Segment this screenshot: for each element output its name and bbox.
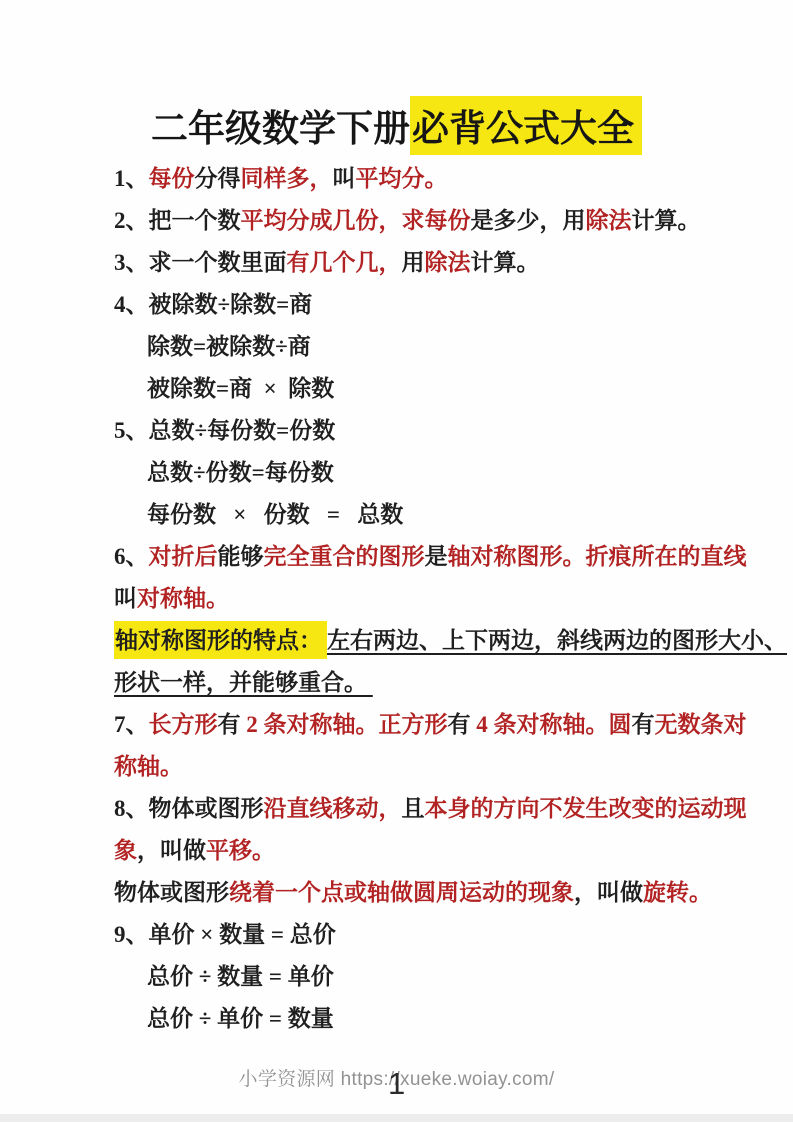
text-segment: 正方形 (379, 712, 448, 737)
text-line: 除数=被除数÷商 (114, 326, 734, 368)
text-line: 4、被除数÷除数=商 (114, 284, 734, 326)
text-segment: 有 (448, 712, 477, 737)
text-segment: 求一个数里面 (149, 250, 287, 275)
page-title: 二年级数学下册必背公式大全 (0, 96, 793, 155)
text-segment: 绕着一个点或轴做圆周运动的现象 (229, 880, 574, 905)
text-segment: 是多少，用 (471, 208, 586, 233)
text-segment: 。 (425, 166, 448, 191)
text-segment: 有几个几 (287, 250, 379, 275)
text-segment: 完全重合的图形 (264, 544, 425, 569)
text-segment: 2、 (114, 208, 149, 233)
text-segment: 平均分 (356, 166, 425, 191)
text-segment: 除法 (425, 250, 471, 275)
title-highlight: 必背公式大全 (410, 96, 642, 155)
underlined-text-segment: 左右两边、上下两边，斜线两边的图形大小、 (327, 628, 787, 653)
page-bottom-edge (0, 1114, 793, 1122)
text-segment: 物体或图形 (149, 796, 264, 821)
text-segment: 单价 × 数量 = 总价 (149, 922, 336, 947)
text-segment: 物体或图形 (114, 880, 229, 905)
page-number: 1 (388, 1066, 405, 1102)
text-line: 1、每份分得同样多，叫平均分。 (114, 158, 734, 200)
text-segment: 条对称轴。 (258, 712, 379, 737)
title-text: 二年级数学下册 (151, 109, 410, 150)
text-line: 8、物体或图形沿直线移动，且本身的方向不发生改变的运动现 (114, 788, 734, 830)
text-segment: 折痕所在的直线 (586, 544, 747, 569)
text-segment: 象 (114, 838, 137, 863)
text-segment: 3、 (114, 250, 149, 275)
text-segment: 用 (402, 250, 425, 275)
text-line: 总价 ÷ 数量 = 单价 (114, 956, 734, 998)
text-segment: 每份 (149, 166, 195, 191)
text-segment: 总数÷份数=每份数 (147, 460, 334, 485)
text-line: 物体或图形绕着一个点或轴做圆周运动的现象，叫做旋转。 (114, 872, 734, 914)
text-segment: 有 (632, 712, 655, 737)
text-segment: 且 (402, 796, 425, 821)
text-segment: 把一个数 (149, 208, 241, 233)
text-segment: 7、 (114, 712, 149, 737)
text-segment: ， (310, 166, 333, 191)
text-line: 每份数 × 份数 = 总数 (114, 494, 734, 536)
text-segment: 平均分成几份 (241, 208, 379, 233)
text-segment: 旋转 (643, 880, 689, 905)
text-segment: 求每份 (402, 208, 471, 233)
text-segment: ， (379, 208, 402, 233)
text-segment: 。 (252, 838, 275, 863)
text-segment: 计算。 (471, 250, 540, 275)
text-segment: 长方形 (149, 712, 218, 737)
text-line: 7、长方形有 2 条对称轴。正方形有 4 条对称轴。圆有无数条对 (114, 704, 734, 746)
text-segment: 轴对称图形 (448, 544, 563, 569)
text-segment: 9、 (114, 922, 149, 947)
text-segment: 除法 (586, 208, 632, 233)
text-segment: 叫 (333, 166, 356, 191)
text-segment: 8、 (114, 796, 149, 821)
text-segment: 6、 (114, 544, 149, 569)
text-segment: 条对称轴。 (488, 712, 609, 737)
text-segment: 是 (425, 544, 448, 569)
text-segment: 。 (563, 544, 586, 569)
text-line: 3、求一个数里面有几个几，用除法计算。 (114, 242, 734, 284)
text-segment: 1、 (114, 166, 149, 191)
text-segment: 4、 (114, 292, 149, 317)
text-line: 6、对折后能够完全重合的图形是轴对称图形。折痕所在的直线 (114, 536, 734, 578)
text-segment: 被除数=商 × 除数 (147, 376, 334, 401)
text-segment: 4 (476, 712, 488, 737)
text-line: 叫对称轴。 (114, 578, 734, 620)
text-segment: 圆 (609, 712, 632, 737)
document-page: 二年级数学下册必背公式大全 1、每份分得同样多，叫平均分。 2、把一个数平均分成… (0, 0, 793, 1122)
text-segment: 被除数÷除数=商 (149, 292, 313, 317)
text-segment: 总价 ÷ 单价 = 数量 (147, 1006, 334, 1031)
text-segment: 沿直线移动 (264, 796, 379, 821)
text-segment: ，叫做 (574, 880, 643, 905)
text-segment: 计算。 (632, 208, 701, 233)
text-segment: ， (379, 796, 402, 821)
text-line: 象，叫做平移。 (114, 830, 734, 872)
text-segment: 分得 (195, 166, 241, 191)
text-segment: 每份数 × 份数 = 总数 (147, 502, 403, 527)
text-segment: 平移 (206, 838, 252, 863)
text-segment: ， (379, 250, 402, 275)
highlighted-text-segment: 轴对称图形的特点： (114, 621, 327, 659)
text-line: 2、把一个数平均分成几份，求每份是多少，用除法计算。 (114, 200, 734, 242)
text-segment: 对称轴。 (137, 586, 229, 611)
text-segment: 总数÷每份数=份数 (149, 418, 336, 443)
text-segment: 有 (218, 712, 247, 737)
text-segment: ，叫做 (137, 838, 206, 863)
text-line: 被除数=商 × 除数 (114, 368, 734, 410)
text-segment: 无数条对 (655, 712, 747, 737)
text-segment: 总价 ÷ 数量 = 单价 (147, 964, 334, 989)
text-line: 形状一样，并能够重合。 (114, 662, 734, 704)
text-segment: 能够 (218, 544, 264, 569)
underlined-text-segment: 形状一样，并能够重合。 (114, 670, 373, 695)
text-line: 5、总数÷每份数=份数 (114, 410, 734, 452)
text-line: 称轴。 (114, 746, 734, 788)
text-segment: 除数=被除数÷商 (147, 334, 311, 359)
text-line: 轴对称图形的特点：左右两边、上下两边，斜线两边的图形大小、 (114, 620, 734, 662)
text-line: 总数÷份数=每份数 (114, 452, 734, 494)
document-body: 1、每份分得同样多，叫平均分。 2、把一个数平均分成几份，求每份是多少，用除法计… (114, 158, 734, 1040)
text-segment: 本身的方向不发生改变的运动现 (425, 796, 747, 821)
text-line: 9、单价 × 数量 = 总价 (114, 914, 734, 956)
text-segment: 5、 (114, 418, 149, 443)
text-segment: 2 (246, 712, 258, 737)
text-segment: 同样多 (241, 166, 310, 191)
text-segment: 称轴。 (114, 754, 183, 779)
text-segment: 对折后 (149, 544, 218, 569)
text-segment: 。 (689, 880, 712, 905)
text-segment: 叫 (114, 586, 137, 611)
text-line: 总价 ÷ 单价 = 数量 (114, 998, 734, 1040)
